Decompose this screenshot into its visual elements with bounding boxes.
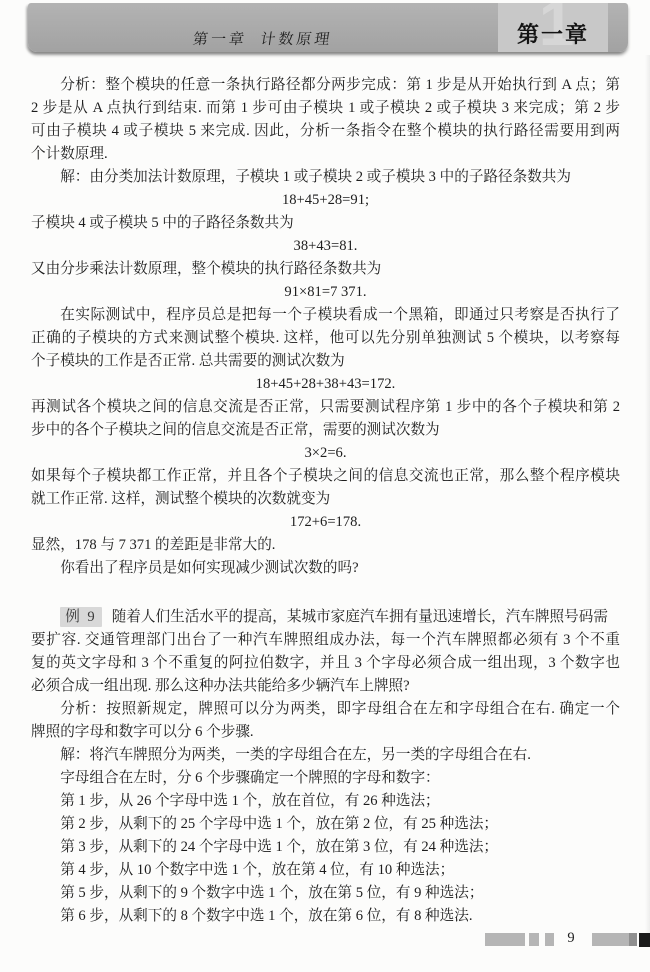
text-line: 正确的子模块的方式来测试整个模块. 这样，他可以先分别单独测试 5 个模块，以考…	[31, 327, 620, 350]
text-line: 个子模块的工作是否正常. 总共需要的测试次数为	[31, 350, 620, 373]
text-line: 分析：按照新规定，牌照可以分为两类，即字母组合在左和字母组合在右. 确定一个	[31, 698, 620, 721]
formula-line: 18+45+28=91;	[31, 189, 620, 212]
text-line: 第 1 步，从 26 个字母中选 1 个，放在首位，有 26 种选法；	[31, 790, 620, 813]
example-text: 随着人们生活水平的提高，某城市家庭汽车拥有量迅速增长，汽车牌照号码需	[112, 609, 608, 625]
text-line: 再测试各个模块之间的信息交流是否正常，只需要测试程序第 1 步中的各个子模块和第…	[31, 396, 620, 419]
footer-decoration-bar	[485, 933, 525, 946]
page-footer: 9	[0, 933, 650, 949]
footer-decoration-bar	[592, 933, 629, 946]
running-title: 第一章 计数原理	[192, 28, 334, 49]
text-line: 第 5 步，从剩下的 9 个数字中选 1 个，放在第 5 位，有 9 种选法；	[31, 882, 620, 905]
text-line: 在实际测试中，程序员总是把每一个子模块看成一个黑箱，即通过只考察是否执行了	[31, 304, 620, 327]
text-line: 又由分步乘法计数原理，整个模块的执行路径条数共为	[31, 258, 620, 281]
text-line: 第 6 步，从剩下的 8 个数字中选 1 个，放在第 6 位，有 8 种选法.	[31, 905, 620, 928]
text-line: 第 3 步，从剩下的 24 个字母中选 1 个，放在第 3 位，有 24 种选法…	[31, 836, 620, 859]
text-line: 个计数原理.	[31, 143, 620, 166]
page-number: 9	[560, 930, 582, 947]
text-line: 如果每个子模块都工作正常，并且各个子模块之间的信息交流也正常，那么整个程序模块	[31, 465, 620, 488]
text-line: 解：由分类加法计数原理，子模块 1 或子模块 2 或子模块 3 中的子路径条数共…	[31, 166, 620, 189]
text-line: 分析：整个模块的任意一条执行路径都分两步完成：第 1 步是从开始执行到 A 点；…	[31, 74, 620, 97]
textbook-page: 第一章 计数原理 1 第一章 分析：整个模块的任意一条执行路径都分两步完成：第 …	[0, 0, 650, 972]
formula-line: 3×2=6.	[31, 442, 620, 465]
text-line: 步中的各个子模块之间的信息交流是否正常，需要的测试次数为	[31, 419, 620, 442]
footer-decoration-square	[529, 933, 539, 946]
example-badge: 例 9	[60, 607, 102, 627]
page-edge-shading	[645, 55, 650, 935]
chapter-label: 第一章	[498, 18, 608, 49]
text-line: 字母组合在左时，分 6 个步骤确定一个牌照的字母和数字：	[31, 767, 620, 790]
formula-line: 38+43=81.	[31, 235, 620, 258]
text-line: 子模块 4 或子模块 5 中的子路径条数共为	[31, 212, 620, 235]
text-line: 2 步是从 A 点执行到结束. 而第 1 步可由子模块 1 或子模块 2 或子模…	[31, 97, 620, 120]
text-line: 例 9随着人们生活水平的提高，某城市家庭汽车拥有量迅速增长，汽车牌照号码需	[31, 606, 620, 629]
text-line: 第 2 步，从剩下的 25 个字母中选 1 个，放在第 2 位，有 25 种选法…	[31, 813, 620, 836]
text-line: 可由子模块 4 或子模块 5 来完成. 因此，分析一条指令在整个模块的执行路径需…	[31, 120, 620, 143]
body-text: 分析：整个模块的任意一条执行路径都分两步完成：第 1 步是从开始执行到 A 点；…	[31, 74, 620, 928]
text-line: 要扩容. 交通管理部门出台了一种汽车牌照组成办法，每一个汽车牌照都必须有 3 个…	[31, 629, 620, 652]
footer-decoration-square-dark	[629, 933, 637, 946]
text-line: 复的英文字母和 3 个不重复的阿拉伯数字，并且 3 个字母必须合成一组出现，3 …	[31, 652, 620, 675]
text-line: 必须合成一组出现. 那么这种办法共能给多少辆汽车上牌照?	[31, 675, 620, 698]
text-line: 解：将汽车牌照分为两类，一类的字母组合在左，另一类的字母组合在右.	[31, 744, 620, 767]
formula-line: 172+6=178.	[31, 511, 620, 534]
formula-line: 18+45+28+38+43=172.	[31, 373, 620, 396]
footer-decoration-square-black	[639, 933, 650, 947]
formula-line: 91×81=7 371.	[31, 281, 620, 304]
text-line: 显然，178 与 7 371 的差距是非常大的.	[31, 534, 620, 557]
text-line: 第 4 步，从 10 个数字中选 1 个，放在第 4 位，有 10 种选法；	[31, 859, 620, 882]
chapter-badge: 1 第一章	[498, 3, 608, 52]
text-line: 就工作正常. 这样，测试整个模块的次数就变为	[31, 488, 620, 511]
chapter-header-bar: 第一章 计数原理 1 第一章	[28, 3, 628, 52]
text-line: 牌照的字母和数字可以分 6 个步骤.	[31, 721, 620, 744]
footer-decoration-square	[545, 933, 554, 946]
text-line: 你看出了程序员是如何实现减少测试次数的吗?	[31, 557, 620, 580]
